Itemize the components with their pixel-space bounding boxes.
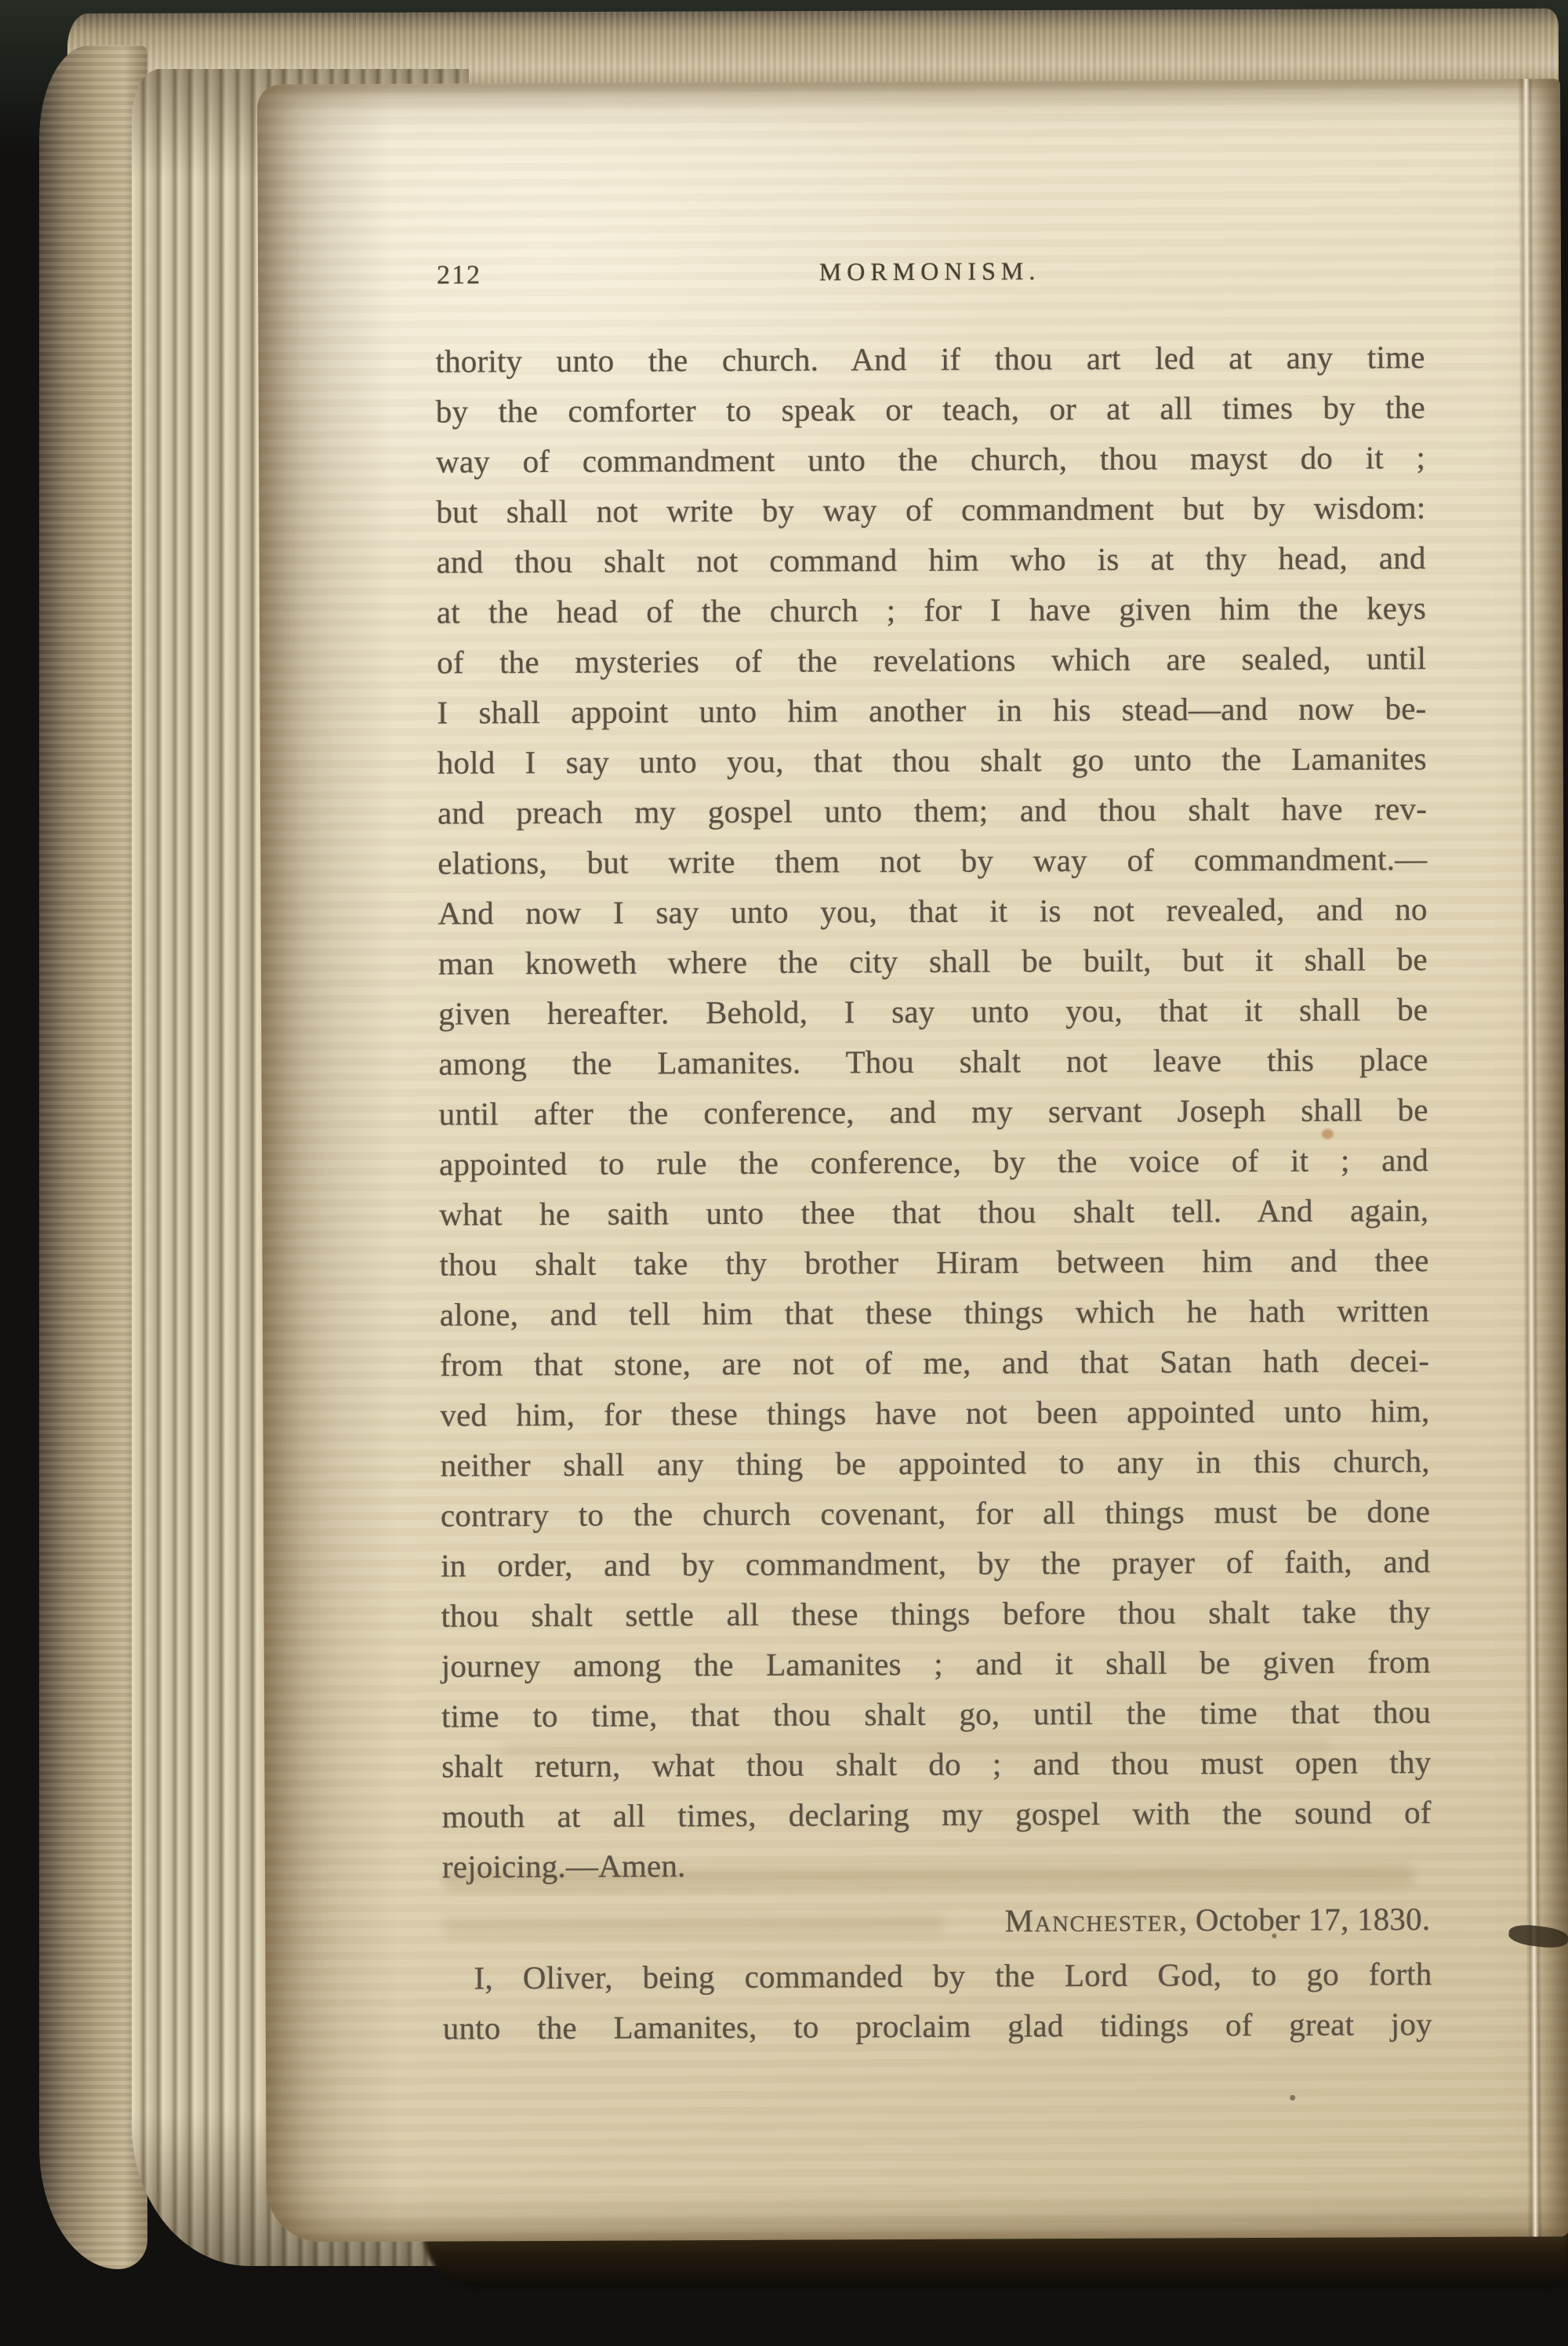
text-line: journey among the Lamanites ; and it sha…: [441, 1636, 1431, 1691]
page-number: 212: [437, 260, 481, 290]
text-line: I shall appoint unto him another in his …: [437, 683, 1426, 738]
body-text: thority unto the church. And if thou art…: [435, 332, 1432, 2053]
closing-paragraph: I, Oliver, being commanded by the Lord G…: [442, 1948, 1432, 2054]
paper-speck: [803, 1560, 807, 1563]
text-line: by the comforter to speak or teach, or a…: [436, 382, 1425, 437]
text-line: mouth at all times, declaring my gospel …: [442, 1787, 1432, 1842]
text-line: way of commandment unto the church, thou…: [436, 432, 1425, 487]
text-line: from that stone, are not of me, and that…: [440, 1335, 1429, 1390]
text-line: until after the conference, and my serva…: [439, 1084, 1428, 1139]
dateline: Manchester, October 17, 1830.: [442, 1894, 1432, 1948]
text-line: And now I say unto you, that it is not r…: [437, 884, 1427, 939]
paper-speck: [1290, 2095, 1295, 2101]
text-line: what he saith unto thee that thou shalt …: [439, 1185, 1428, 1240]
text-line: rejoicing.—Amen.: [442, 1837, 1432, 1892]
book-photograph: 212 MORMONISM. thority unto the church. …: [0, 0, 1568, 2346]
text-line: appointed to rule the conference, by the…: [439, 1135, 1428, 1189]
text-line: time to time, that thou shalt go, until …: [441, 1687, 1431, 1741]
text-line: contrary to the church covenant, for all…: [441, 1486, 1430, 1541]
paper-speck: [1272, 1934, 1276, 1938]
text-line: in order, and by commandment, by the pra…: [441, 1536, 1430, 1591]
text-line: unto the Lamanites, to proclaim glad tid…: [443, 1999, 1432, 2054]
text-line: neither shall any thing be appointed to …: [441, 1436, 1430, 1491]
gutter-shadow: [257, 84, 400, 2242]
text-line: at the head of the church ; for I have g…: [437, 583, 1426, 637]
text-line: but shall not write by way of commandmen…: [436, 482, 1425, 537]
running-head: 212 MORMONISM.: [435, 255, 1425, 296]
foxing-stain: [1322, 1129, 1334, 1139]
dateline-place: Manchester: [1005, 1902, 1179, 1939]
printed-text: 212 MORMONISM. thority unto the church. …: [435, 255, 1432, 2053]
text-line: among the Lamanites. Thou shalt not leav…: [438, 1034, 1428, 1089]
dateline-date: , October 17, 1830.: [1179, 1901, 1431, 1937]
text-line: given hereafter. Behold, I say unto you,…: [438, 984, 1428, 1039]
text-line: of the mysteries of the revelations whic…: [437, 633, 1426, 688]
text-line: hold I say unto you, that thou shalt go …: [437, 733, 1427, 788]
text-line: I, Oliver, being commanded by the Lord G…: [442, 1948, 1432, 2003]
text-line: thou shalt take thy brother Hiram betwee…: [439, 1235, 1428, 1290]
text-line: thou shalt settle all these things befor…: [441, 1586, 1430, 1641]
running-title: MORMONISM.: [435, 255, 1425, 289]
text-line: shalt return, what thou shalt do ; and t…: [441, 1737, 1431, 1792]
text-line: and thou shalt not command him who is at…: [437, 532, 1426, 587]
text-line: ved him, for these things have not been …: [440, 1385, 1429, 1440]
text-line: elations, but write them not by way of c…: [437, 833, 1427, 888]
text-line: alone, and tell him that these things wh…: [440, 1285, 1429, 1340]
text-line: thority unto the church. And if thou art…: [435, 332, 1425, 387]
revelation-paragraph: thority unto the church. And if thou art…: [435, 332, 1432, 1891]
book-page: 212 MORMONISM. thority unto the church. …: [257, 78, 1568, 2242]
text-line: and preach my gospel unto them; and thou…: [437, 783, 1427, 838]
text-line: man knoweth where the city shall be buil…: [438, 934, 1428, 989]
